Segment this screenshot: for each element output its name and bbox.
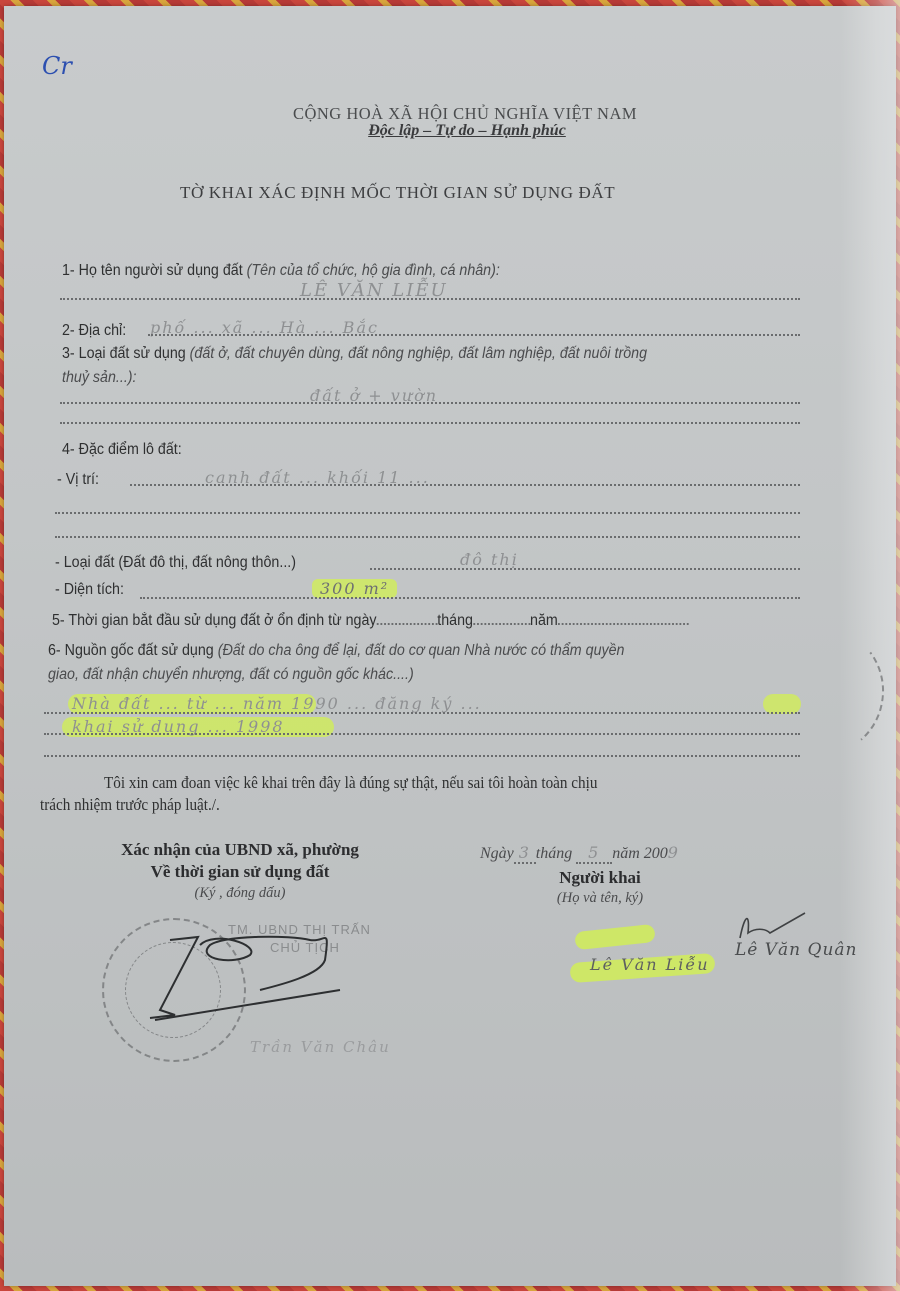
nation-heading: CỘNG HOÀ XÃ HỘI CHỦ NGHĨA VIỆT NAM	[0, 104, 900, 124]
position-label: - Vị trí:	[57, 471, 99, 489]
landtype-dotline	[370, 568, 800, 570]
field-6-hint-cont: giao, đất nhận chuyển nhượng, đất có ngu…	[48, 666, 414, 684]
field-3-dotline-1	[60, 402, 800, 404]
field-4-label: 4- Đặc điểm lô đất:	[62, 441, 182, 459]
field-6-label: 6- Nguồn gốc đất sử dụng (Đất do cha ông…	[48, 642, 624, 660]
confirmation-subheading: Về thời gian sử dụng đất	[60, 862, 420, 882]
field-5-label: 5- Thời gian bắt đầu sử dụng đất ở ổn đị…	[52, 612, 688, 630]
declarant-heading: Người khai	[520, 868, 680, 888]
position-dotline	[130, 484, 800, 486]
field-6-dotline-2	[44, 733, 800, 735]
motto: Độc lập – Tự do – Hạnh phúc	[0, 122, 900, 140]
declaration-line-2: trách nhiệm trước pháp luật./.	[40, 795, 220, 815]
landtype-label: - Loại đất (Đất đô thị, đất nông thôn...…	[55, 554, 296, 572]
date-year-suffix: 9	[668, 843, 678, 862]
signer-name: Trần Văn Châu	[250, 1038, 391, 1056]
highlight-signature-1	[574, 924, 655, 950]
field-3-dotline-2	[60, 422, 800, 424]
field-3-hint-cont: thuỷ sản...):	[62, 369, 137, 387]
confirmation-sign-note: (Ký , đóng dấu)	[60, 885, 420, 902]
date-line: Ngày3tháng 5năm 2009	[480, 843, 678, 864]
declarant-signature: Lê Văn Liễu	[590, 955, 710, 974]
second-signature-scribble	[730, 908, 810, 943]
field-2-dotline	[148, 334, 800, 336]
confirmation-heading: Xác nhận của UBND xã, phường	[60, 840, 420, 860]
field-3-label: 3- Loại đất sử dụng (đất ở, đất chuyên d…	[62, 345, 647, 363]
area-value: 300 m²	[312, 579, 397, 598]
partial-seal-stamp	[764, 624, 890, 759]
position-dotline-3	[55, 536, 800, 538]
position-dotline-2	[55, 512, 800, 514]
field-6-value-line1: Nhà đất ... từ ... năm 1990 ... đăng ký …	[72, 694, 482, 713]
field-6-dotline-3	[44, 755, 800, 757]
form-title: TỜ KHAI XÁC ĐỊNH MỐC THỜI GIAN SỬ DỤNG Đ…	[180, 183, 615, 203]
date-day-value: 3	[514, 843, 536, 864]
declarant-sign-note: (Họ và tên, ký)	[520, 890, 680, 907]
second-signer-name: Lê Văn Quân	[735, 940, 858, 960]
declaration-line-1: Tôi xin cam đoan việc kê khai trên đây l…	[104, 773, 597, 793]
date-month-value: 5	[576, 843, 612, 864]
field-6-dotline-1	[44, 712, 800, 714]
land-use-declaration-form: Cr CỘNG HOÀ XÃ HỘI CHỦ NGHĨA VIỆT NAM Độ…	[0, 0, 900, 1291]
landtype-value: đô thị	[460, 550, 519, 569]
corner-handwritten-mark: Cr	[42, 52, 72, 80]
official-signature	[140, 915, 370, 1025]
field-1-dotline	[60, 298, 800, 300]
field-1-label: 1- Họ tên người sử dụng đất (Tên của tổ …	[62, 262, 500, 280]
field-2-label: 2- Địa chỉ:	[62, 322, 126, 340]
area-dotline	[140, 597, 800, 599]
area-label: - Diện tích:	[55, 581, 124, 599]
